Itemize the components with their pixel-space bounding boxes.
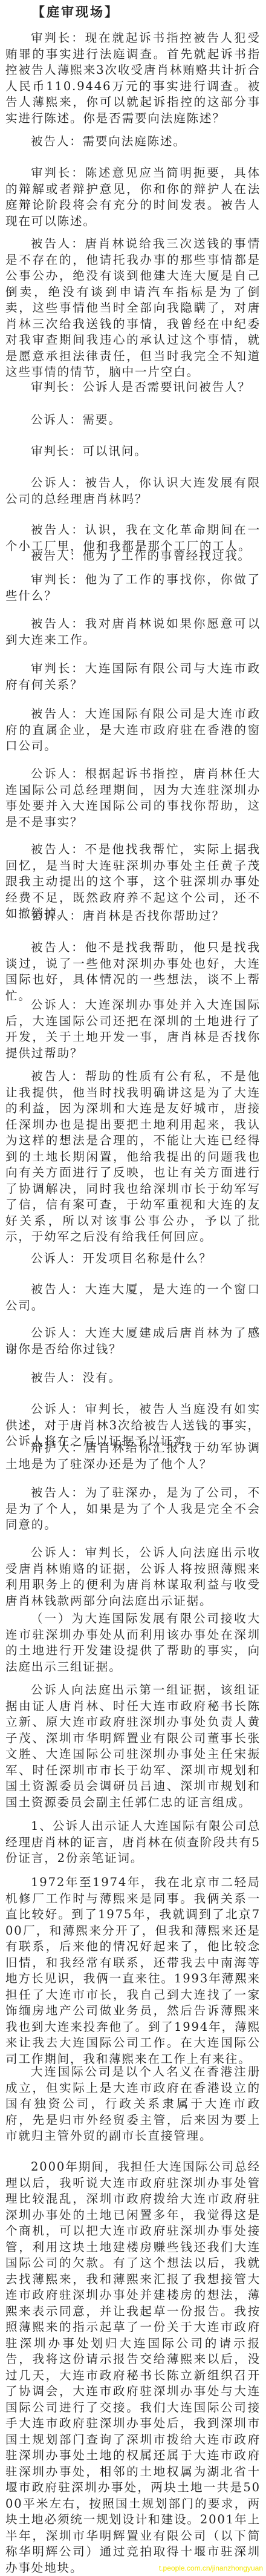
transcript-paragraph: 被告人：我对唐肖林说如果你愿意可以到大连来工作。 — [5, 616, 261, 648]
transcript-paragraph: 审判长：现在就起诉书指控被告人犯受贿罪的事实进行法庭调查。首先就起诉书指控被告人… — [5, 30, 261, 126]
transcript-paragraph: （一）为大连国际发展有限公司接收大连市驻深圳办事处从而利用该办事处在深圳的土地进… — [5, 1611, 261, 1675]
transcript-paragraph: 被告人：没有。 — [5, 1370, 261, 1386]
transcript-paragraph: 公诉人向法庭出示第一组证据，该组证据由证人唐肖林、时任大连市政府秘书长陈立新、原… — [5, 1682, 261, 1811]
transcript-paragraph: 审判长：公诉人是否需要讯问被告人？ — [5, 379, 261, 396]
transcript-paragraph: 公诉人：审判长，公诉人向法庭出示收受唐肖林贿赂的证据，公诉人将按照薄熙来利用职务… — [5, 1545, 261, 1609]
transcript-paragraph: 被告人：需要向法庭陈述。 — [5, 134, 261, 150]
transcript-paragraph: 公诉人：开发项目名称是什么？ — [5, 1251, 261, 1267]
transcript-paragraph: 公诉人：大连大厦建成后唐肖林为了感谢你是否给你过钱？ — [5, 1325, 261, 1357]
transcript-paragraph: 公诉人：根据起诉书指控，唐肖林任大连国际公司总经理期间，因为大连驻深圳办事处要并… — [5, 766, 261, 830]
transcript-paragraph: 被告人：大连大厦，是大连的一个窗口公司。 — [5, 1282, 261, 1314]
transcript-paragraph: 被告人：他为了工作的事曾经找过我。 — [5, 548, 261, 565]
source-watermark: t.people.com.cn/jinanzhongyuan — [159, 2564, 263, 2572]
transcript-paragraph: 公诉人：大连深圳办事处并入大连国际后，大连国际公司还把在深圳的土地进行了开发，关… — [5, 997, 261, 1061]
transcript-paragraph: 1、公诉人出示证人大连国际有限公司总经理唐肖林的证言，唐肖林在侦查阶段共有5份证… — [5, 1818, 261, 1867]
transcript-paragraph: 公诉人：需要。 — [5, 412, 261, 428]
transcript-paragraph: 被告人：帮助的性质有公有私，不是他让我提供，他当时找我明确讲这是为了大连的利益，… — [5, 1069, 261, 1245]
transcript-paragraph: 被告人：大连国际有限公司是大连市政府的直属企业，是大连市政府驻在香港的窗口公司。 — [5, 706, 261, 755]
transcript-paragraph: 被告人：唐肖林说给我三次送钱的事情是不存在的，他请托我办事的那些事情都是公事公办… — [5, 236, 261, 381]
transcript-paragraph: 2000年期间，我担任大连国际公司总经理以后，我听说大连市政府驻深圳办事处管理比… — [5, 2159, 261, 2576]
transcript-paragraph: 大连国际公司是以个人名义在香港注册成立，但实际上是大连市政府在香港设立的国有独资… — [5, 2064, 261, 2145]
section-heading: 【庭审现场】 — [32, 4, 119, 21]
transcript-paragraph: 1972年至1974年，我在北京市二轻局机修厂工作时与薄熙来是同事。我俩关系一直… — [5, 1875, 261, 2067]
transcript-paragraph: 审判长：可以讯问。 — [5, 444, 261, 460]
transcript-paragraph: 公诉人：唐肖林是否找你帮助过？ — [5, 908, 261, 925]
transcript-paragraph: 审判长：陈述意见应当简明扼要，具体的辩解或者辩护意见，你和你的辩护人在法庭辩论阶… — [5, 165, 261, 229]
transcript-paragraph: 公诉人：被告人，你认识大连发展有限公司的总经理唐肖林吗？ — [5, 475, 261, 507]
transcript-paragraph: 被告人：他不是找我帮助，他只是找我谈过，说了一些他对深圳办事处也好，大连国际也好… — [5, 940, 261, 1004]
transcript-paragraph: 辩护人：唐肖林给你汇报找于幼军协调土地是为了驻深办还是为了他个人？ — [5, 1440, 261, 1472]
transcript-paragraph: 审判长：他为了工作的事找你，你做了些什么？ — [5, 572, 261, 604]
transcript-paragraph: 被告人：为了驻深办，是为了公司，不是为了个人，如果是为了个人我是完全不会同意的。 — [5, 1485, 261, 1533]
transcript-paragraph: 审判长：大连国际有限公司与大连市政府有何关系？ — [5, 661, 261, 693]
